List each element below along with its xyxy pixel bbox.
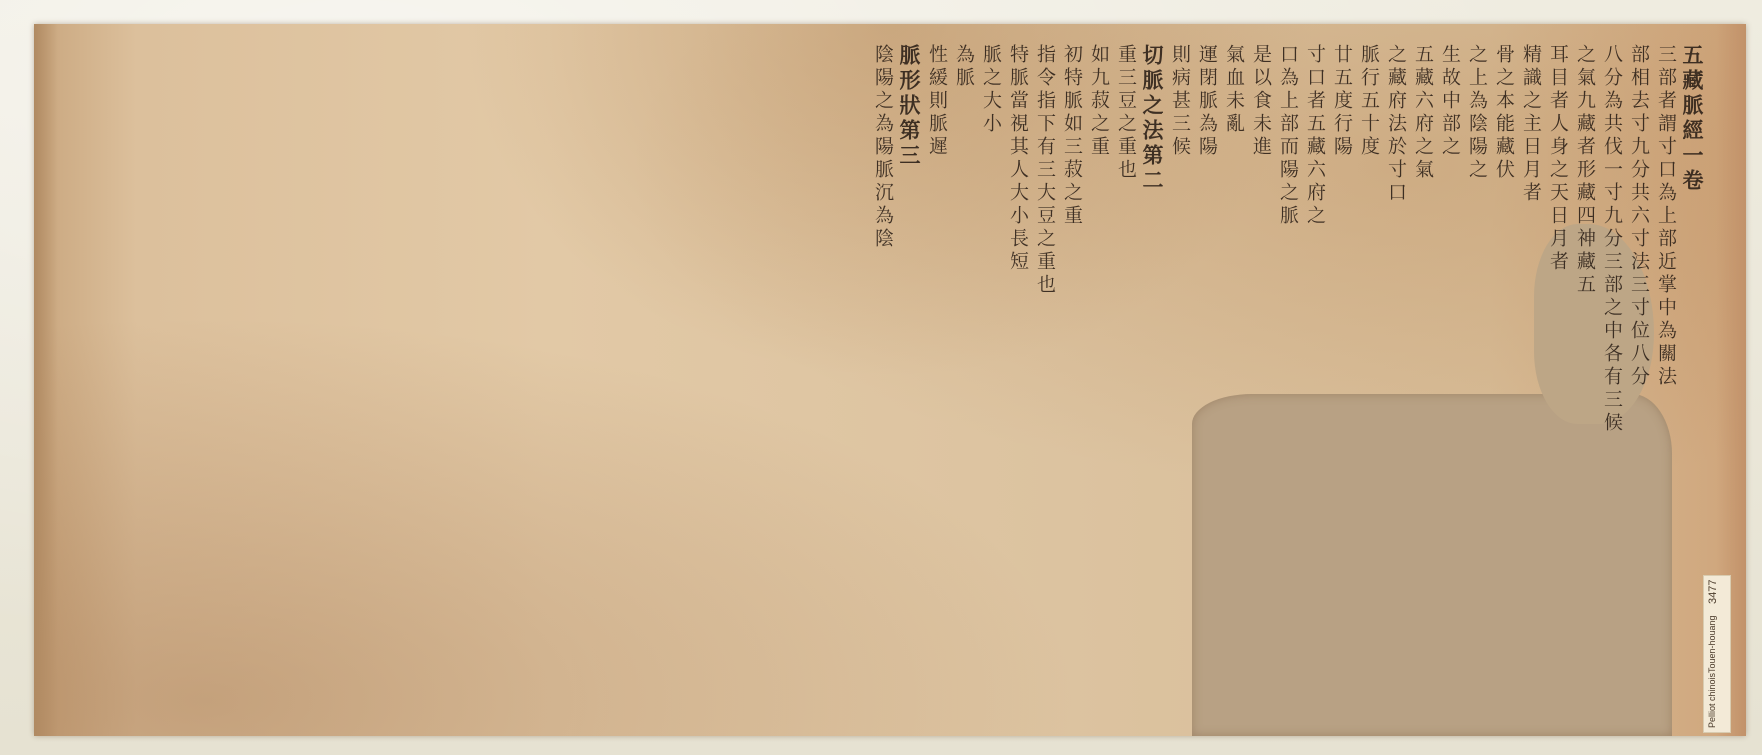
text-column: 八分為共伐一寸九分三部之中各有三候 bbox=[1598, 44, 1625, 724]
text-column: 特脈當視其人大小長短 bbox=[1004, 44, 1031, 724]
manuscript-title: 五藏脈經一卷 bbox=[1679, 44, 1706, 724]
section-heading: 脈形狀第三 bbox=[896, 44, 923, 724]
text-column: 之上為陰陽之 bbox=[1463, 44, 1490, 724]
text-column: 陰陽之為陽脈沉為陰 bbox=[869, 44, 896, 724]
scroll-left-edge bbox=[34, 24, 58, 736]
text-column: 初特脈如三菽之重 bbox=[1058, 44, 1085, 724]
text-column: 耳目者人身之天日月者 bbox=[1544, 44, 1571, 724]
text-column: 性緩則脈遲 bbox=[923, 44, 950, 724]
catalog-label: Pelliot chinois Touen-houang 3477 bbox=[1703, 575, 1731, 733]
text-column: 精識之主日月者 bbox=[1517, 44, 1544, 724]
text-column: 骨之本能藏伏 bbox=[1490, 44, 1517, 724]
text-columns: 五藏脈經一卷 三部者謂寸口為上部近掌中為關法 部相去寸九分共六寸法三寸位八分 八… bbox=[74, 44, 1706, 716]
text-column: 廿五度行陽 bbox=[1328, 44, 1355, 724]
text-column: 運閉脈為陽 bbox=[1193, 44, 1220, 724]
text-column: 五藏六府之氣 bbox=[1409, 44, 1436, 724]
text-column: 口為上部而陽之脈 bbox=[1274, 44, 1301, 724]
section-heading: 切脈之法第二 bbox=[1139, 44, 1166, 724]
text-column: 脈之大小 bbox=[977, 44, 1004, 724]
text-column: 三部者謂寸口為上部近掌中為關法 bbox=[1652, 44, 1679, 724]
text-column: 重三豆之重也 bbox=[1112, 44, 1139, 724]
text-column: 生故中部之 bbox=[1436, 44, 1463, 724]
manuscript-scroll: 五藏脈經一卷 三部者謂寸口為上部近掌中為關法 部相去寸九分共六寸法三寸位八分 八… bbox=[34, 24, 1746, 736]
text-column: 之藏府法於寸口 bbox=[1382, 44, 1409, 724]
text-column: 寸口者五藏六府之 bbox=[1301, 44, 1328, 724]
text-column: 是以食未進 bbox=[1247, 44, 1274, 724]
label-site: Touen-houang bbox=[1707, 615, 1717, 673]
text-column: 脈行五十度 bbox=[1355, 44, 1382, 724]
text-column: 指令指下有三大豆之重也 bbox=[1031, 44, 1058, 724]
text-column: 如九菽之重 bbox=[1085, 44, 1112, 724]
text-column: 部相去寸九分共六寸法三寸位八分 bbox=[1625, 44, 1652, 724]
label-collection: Pelliot chinois bbox=[1707, 673, 1717, 728]
text-column: 氣血未亂 bbox=[1220, 44, 1247, 724]
label-number: 3477 bbox=[1707, 580, 1719, 604]
text-column: 則病甚三候 bbox=[1166, 44, 1193, 724]
text-column: 為脈 bbox=[950, 44, 977, 724]
text-column: 之氣九藏者形藏四神藏五 bbox=[1571, 44, 1598, 724]
